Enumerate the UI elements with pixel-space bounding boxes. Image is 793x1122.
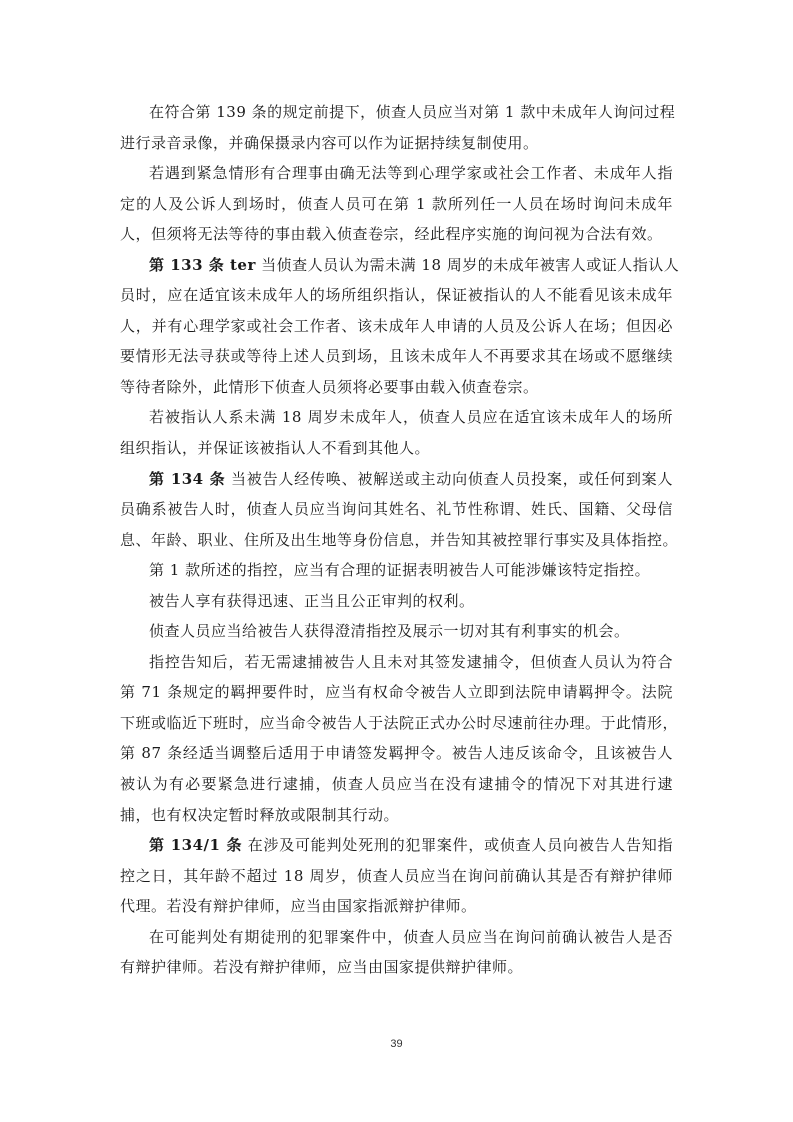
text-line: 人，并有心理学家或社会工作者、该未成年人申请的人员及公诉人在场；但因必	[120, 311, 673, 342]
text-line: 定的人及公诉人到场时，侦查人员可在第 1 款所列任一人员在场时询问未成年	[120, 189, 673, 220]
text-line: 要情形无法寻获或等待上述人员到场，且该未成年人不再要求其在场或不愿继续	[120, 341, 673, 372]
text-line: 人，但须将无法等待的事由载入侦查卷宗，经此程序实施的询问视为合法有效。	[120, 219, 673, 250]
text-line: 员确系被告人时，侦查人员应当询问其姓名、礼节性称谓、姓氏、国籍、父母信	[120, 494, 673, 525]
article-number: 第 133 条 ter	[149, 256, 256, 274]
article-number: 第 134 条	[149, 470, 225, 488]
article-133-ter-heading-line: 第 133 条 ter 当侦查人员认为需未满 18 周岁的未成年被害人或证人指认…	[120, 250, 673, 281]
text-line: 第 1 款所述的指控，应当有合理的证据表明被告人可能涉嫌该特定指控。	[120, 555, 673, 586]
text-line: 进行录音录像，并确保摄录内容可以作为证据持续复制使用。	[120, 128, 673, 159]
text-line: 被告人享有获得迅速、正当且公正审判的权利。	[120, 586, 673, 617]
page-number: 39	[0, 1038, 793, 1050]
text-line: 第 87 条经适当调整后适用于申请签发羁押令。被告人违反该命令，且该被告人	[120, 738, 673, 769]
text-line: 指控告知后，若无需逮捕被告人且未对其签发逮捕令，但侦查人员认为符合	[120, 647, 673, 678]
text-line: 在符合第 139 条的规定前提下，侦查人员应当对第 1 款中未成年人询问过程	[120, 97, 673, 128]
text-line: 第 71 条规定的羁押要件时，应当有权命令被告人立即到法院申请羁押令。法院	[120, 677, 673, 708]
text-line: 侦查人员应当给被告人获得澄清指控及展示一切对其有利事实的机会。	[120, 616, 673, 647]
text-line: 员时，应在适宜该未成年人的场所组织指认，保证被指认的人不能看见该未成年	[120, 280, 673, 311]
text-line: 控之日，其年龄不超过 18 周岁，侦查人员应当在询问前确认其是否有辩护律师	[120, 861, 673, 892]
article-134-heading-line: 第 134 条 当被告人经传唤、被解送或主动向侦查人员投案，或任何到案人	[120, 464, 673, 495]
text-line: 若遇到紧急情形有合理事由确无法等到心理学家或社会工作者、未成年人指	[120, 158, 673, 189]
article-134-1-heading-line: 第 134/1 条 在涉及可能判处死刑的犯罪案件，或侦查人员向被告人告知指	[120, 830, 673, 861]
text-line: 代理。若没有辩护律师，应当由国家指派辩护律师。	[120, 891, 673, 922]
document-page: 在符合第 139 条的规定前提下，侦查人员应当对第 1 款中未成年人询问过程 进…	[0, 0, 793, 1122]
text-line: 在可能判处有期徒刑的犯罪案件中，侦查人员应当在询问前确认被告人是否	[120, 922, 673, 953]
text-line: 下班或临近下班时，应当命令被告人于法院正式办公时尽速前往办理。于此情形，	[120, 708, 673, 739]
article-number: 第 134/1 条	[149, 836, 242, 854]
text-line: 息、年龄、职业、住所及出生地等身份信息，并告知其被控罪行事实及具体指控。	[120, 525, 673, 556]
text-line: 捕，也有权决定暂时释放或限制其行动。	[120, 800, 673, 831]
text-line: 被认为有必要紧急进行逮捕，侦查人员应当在没有逮捕令的情况下对其进行逮	[120, 769, 673, 800]
text-line: 等待者除外，此情形下侦查人员须将必要事由载入侦查卷宗。	[120, 372, 673, 403]
text-line: 组织指认，并保证该被指认人不看到其他人。	[120, 433, 673, 464]
text-line: 若被指认人系未满 18 周岁未成年人，侦查人员应在适宜该未成年人的场所	[120, 402, 673, 433]
body-text: 在符合第 139 条的规定前提下，侦查人员应当对第 1 款中未成年人询问过程 进…	[120, 97, 673, 983]
text-line: 有辩护律师。若没有辩护律师，应当由国家提供辩护律师。	[120, 952, 673, 983]
